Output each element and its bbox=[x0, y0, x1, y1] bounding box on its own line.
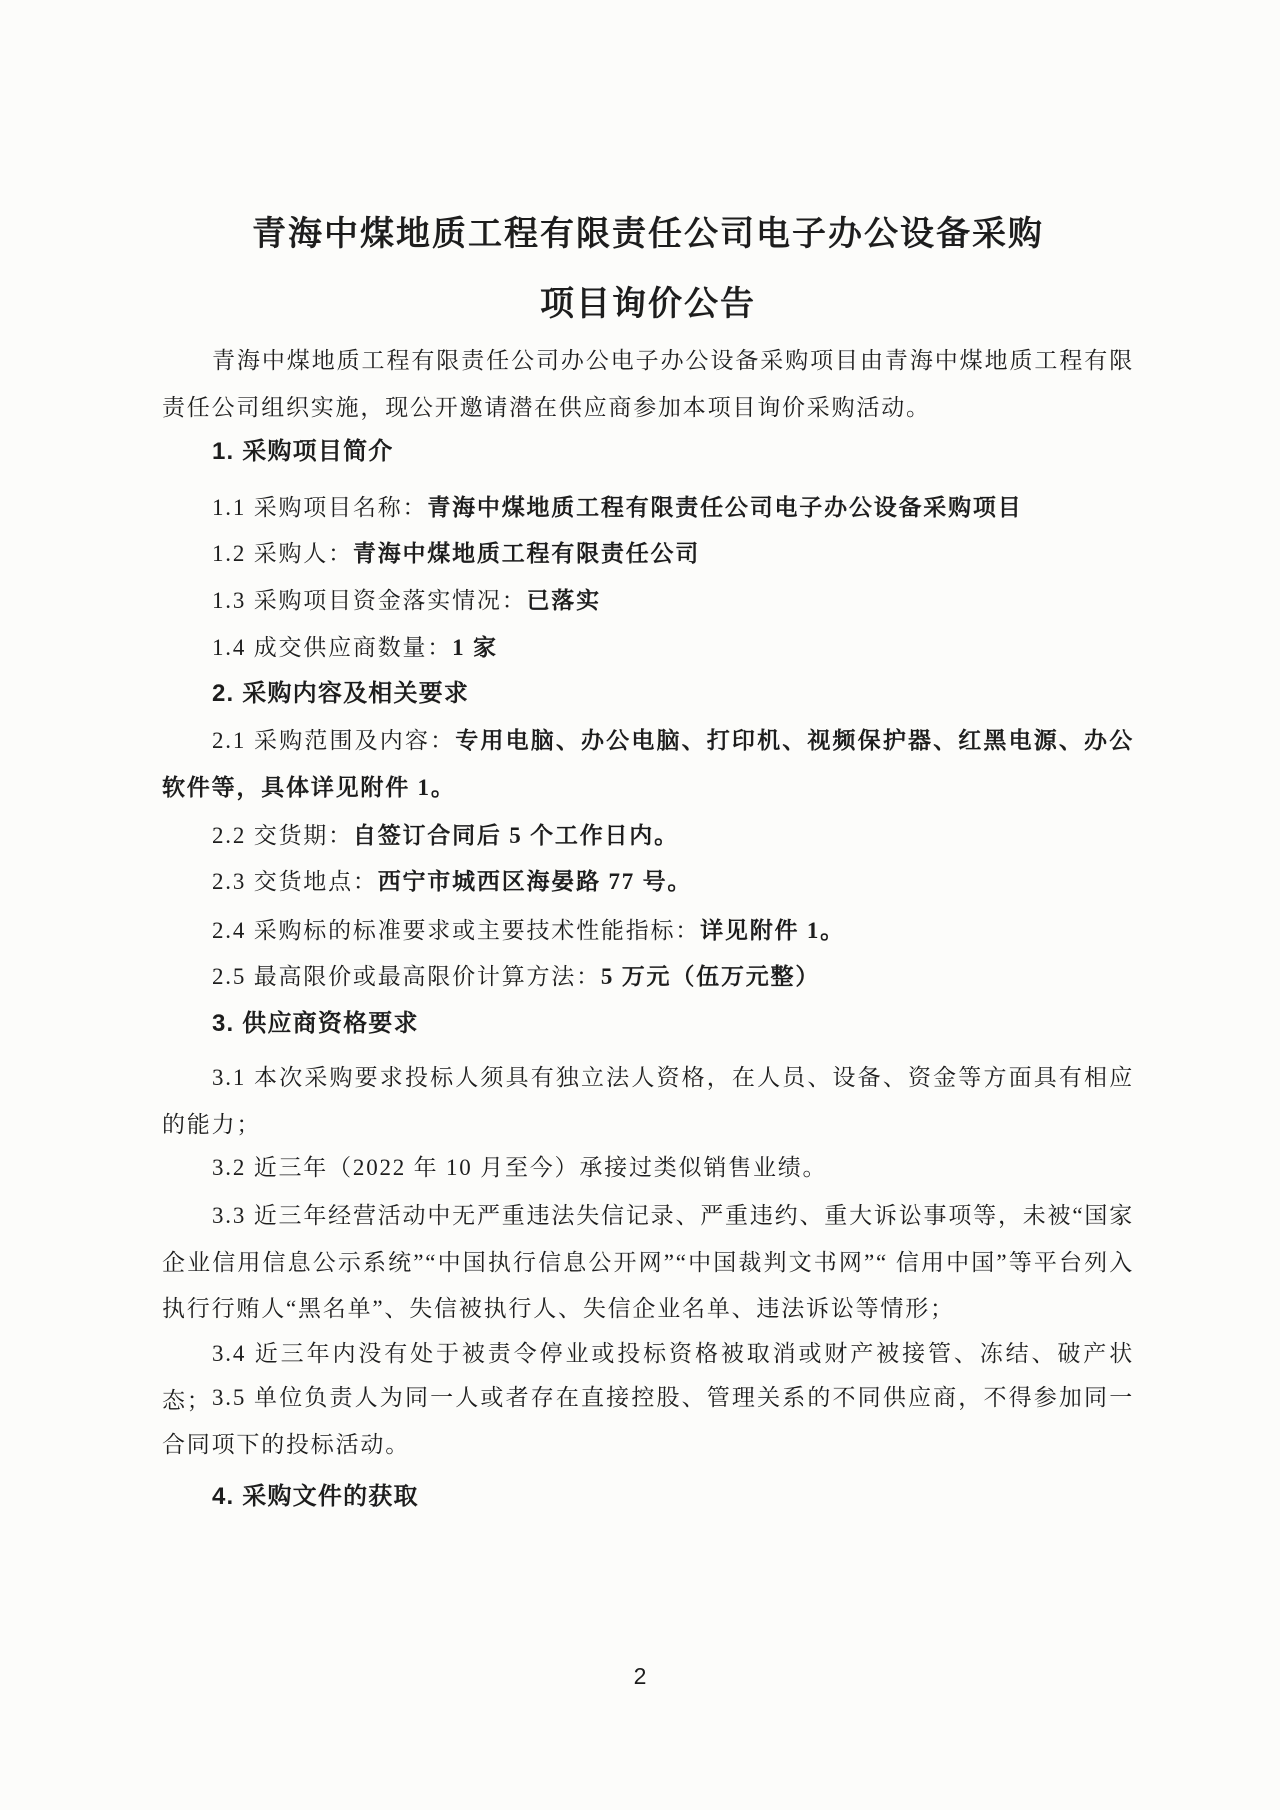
document-title-line-1: 青海中煤地质工程有限责任公司电子办公设备采购 bbox=[162, 214, 1134, 254]
clause-2-5: 2.5 最高限价或最高限价计算方法：5 万元（伍万元整） bbox=[162, 954, 1134, 1001]
section-heading-2: 2. 采购内容及相关要求 bbox=[162, 671, 1134, 718]
clause-2-5-label: 2.5 最高限价或最高限价计算方法： bbox=[212, 964, 601, 989]
clause-2-1: 2.1 采购范围及内容：专用电脑、办公电脑、打印机、视频保护器、红黑电源、办公软… bbox=[162, 718, 1134, 811]
section-heading-1: 1. 采购项目简介 bbox=[162, 429, 1134, 476]
clause-1-3-label: 1.3 采购项目资金落实情况： bbox=[212, 588, 527, 613]
clause-2-1-label: 2.1 采购范围及内容： bbox=[212, 728, 455, 753]
clause-1-2-label: 1.2 采购人： bbox=[212, 541, 353, 566]
section-heading-4: 4. 采购文件的获取 bbox=[162, 1474, 1134, 1521]
clause-2-2: 2.2 交货期：自签订合同后 5 个工作日内。 bbox=[162, 813, 1134, 860]
clause-1-1-label: 1.1 采购项目名称： bbox=[212, 495, 427, 520]
document-page: 青海中煤地质工程有限责任公司电子办公设备采购 项目询价公告 青海中煤地质工程有限… bbox=[0, 0, 1280, 1810]
clause-2-2-value: 自签订合同后 5 个工作日内。 bbox=[353, 823, 679, 848]
clause-3-3: 3.3 近三年经营活动中无严重违法失信记录、严重违约、重大诉讼事项等，未被“国家… bbox=[162, 1193, 1134, 1333]
clause-2-4-label: 2.4 采购标的标准要求或主要技术性能指标： bbox=[212, 918, 700, 943]
clause-2-4-value: 详见附件 1。 bbox=[700, 918, 845, 943]
clause-1-3: 1.3 采购项目资金落实情况：已落实 bbox=[162, 578, 1134, 625]
clause-1-2-value: 青海中煤地质工程有限责任公司 bbox=[353, 541, 700, 566]
page-number: 2 bbox=[0, 1653, 1280, 1700]
document-content: 青海中煤地质工程有限责任公司电子办公设备采购 项目询价公告 青海中煤地质工程有限… bbox=[162, 0, 1134, 1810]
clause-1-1: 1.1 采购项目名称：青海中煤地质工程有限责任公司电子办公设备采购项目 bbox=[162, 485, 1134, 532]
clause-2-3-value: 西宁市城西区海晏路 77 号。 bbox=[378, 869, 693, 894]
clause-3-1: 3.1 本次采购要求投标人须具有独立法人资格，在人员、设备、资金等方面具有相应的… bbox=[162, 1055, 1134, 1148]
clause-1-1-value: 青海中煤地质工程有限责任公司电子办公设备采购项目 bbox=[427, 495, 1022, 520]
clause-1-2: 1.2 采购人：青海中煤地质工程有限责任公司 bbox=[162, 531, 1134, 578]
document-title-line-2: 项目询价公告 bbox=[162, 284, 1134, 324]
clause-2-5-value: 5 万元（伍万元整） bbox=[601, 964, 820, 989]
clause-3-2: 3.2 近三年（2022 年 10 月至今）承接过类似销售业绩。 bbox=[162, 1145, 1134, 1192]
clause-2-3: 2.3 交货地点：西宁市城西区海晏路 77 号。 bbox=[162, 859, 1134, 906]
intro-paragraph: 青海中煤地质工程有限责任公司办公电子办公设备采购项目由青海中煤地质工程有限责任公… bbox=[162, 338, 1134, 431]
clause-2-2-label: 2.2 交货期： bbox=[212, 823, 353, 848]
clause-3-5: 3.5 单位负责人为同一人或者存在直接控股、管理关系的不同供应商，不得参加同一合… bbox=[162, 1375, 1134, 1468]
section-heading-3: 3. 供应商资格要求 bbox=[162, 1001, 1134, 1048]
clause-1-3-value: 已落实 bbox=[527, 588, 601, 613]
clause-1-4-label: 1.4 成交供应商数量： bbox=[212, 635, 452, 660]
clause-2-3-label: 2.3 交货地点： bbox=[212, 869, 378, 894]
clause-1-4: 1.4 成交供应商数量：1 家 bbox=[162, 625, 1134, 672]
clause-1-4-value: 1 家 bbox=[452, 635, 498, 660]
clause-2-4: 2.4 采购标的标准要求或主要技术性能指标：详见附件 1。 bbox=[162, 908, 1134, 955]
